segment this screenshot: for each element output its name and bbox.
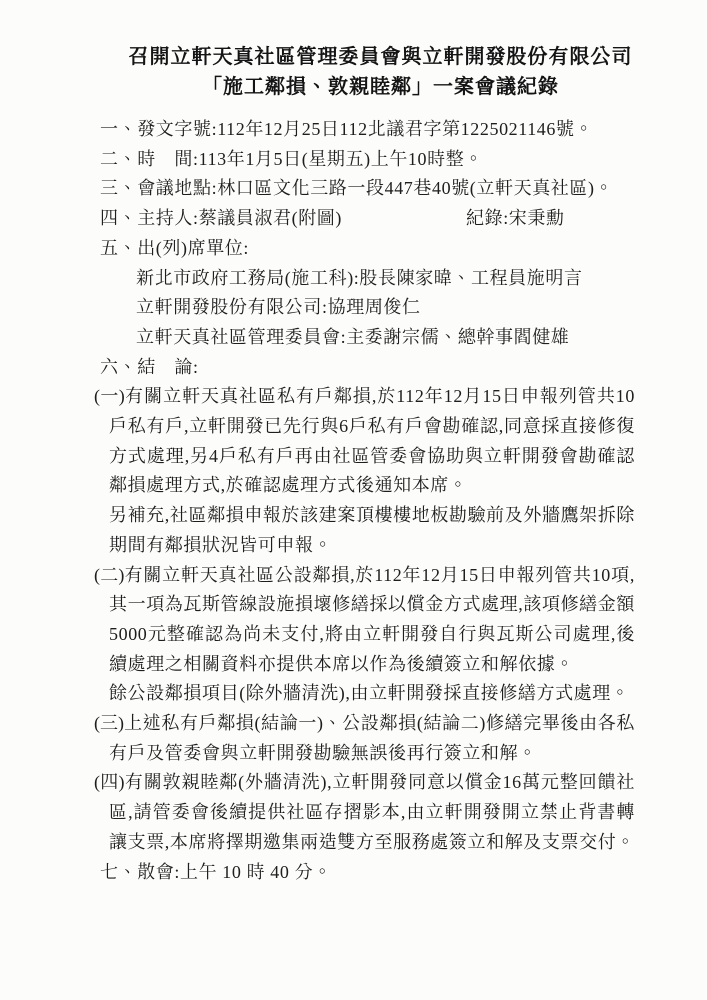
meta-line-host: 四、主持人:蔡議員淑君(附圖) 紀錄:宋秉勳 (100, 204, 635, 234)
conclusion-item-4: (四)有關敦親睦鄰(外牆清洗),立軒開發同意以償金16萬元整回饋社區,請管委會後… (94, 768, 635, 857)
conclusion-text-2: 有關立軒天真社區公設鄰損,於112年12月15日申報列管共10項,其一項為瓦斯管… (109, 565, 635, 674)
document-title-line-2: 「施工鄰損、敦親睦鄰」一案會議紀錄 (100, 72, 661, 102)
document-title-line-1: 召開立軒天真社區管理委員會與立軒開發股份有限公司 (100, 42, 661, 72)
scanned-meeting-minutes-page: 召開立軒天真社區管理委員會與立軒開發股份有限公司 「施工鄰損、敦親睦鄰」一案會議… (0, 0, 707, 1000)
conclusion-heading: 六、結 論: (100, 353, 635, 383)
attendee-line-public-works: 新北市政府工務局(施工科):股長陳家暐、工程員施明言 (100, 264, 635, 294)
conclusion-text-4: 有關敦親睦鄰(外牆清洗),立軒開發同意以償金16萬元整回饋社區,請管委會後續提供… (109, 772, 635, 851)
document-body: 一、發文字號:112年12月25日112北議君字第1225021146號。 二、… (100, 115, 635, 887)
conclusion-marker-4: (四) (94, 772, 125, 792)
conclusion-item-2: (二)有關立軒天真社區公設鄰損,於112年12月15日申報列管共10項,其一項為… (94, 561, 635, 680)
conclusion-marker-2: (二) (94, 565, 124, 585)
conclusion-marker-3: (三) (94, 713, 124, 733)
document-title: 召開立軒天真社區管理委員會與立軒開發股份有限公司 「施工鄰損、敦親睦鄰」一案會議… (100, 42, 661, 102)
recorder-text: 紀錄:宋秉勳 (466, 204, 565, 234)
meta-line-issue-number: 一、發文字號:112年12月25日112北議君字第1225021146號。 (100, 115, 635, 145)
meta-line-time: 二、時 間:113年1月5日(星期五)上午10時整。 (100, 145, 635, 175)
conclusion-list: (一)有關立軒天真社區私有戶鄰損,於112年12月15日申報列管共10戶私有戶,… (94, 382, 635, 857)
meta-line-location: 三、會議地點:林口區文化三路一段447巷40號(立軒天真社區)。 (100, 174, 635, 204)
conclusion-item-3: (三)上述私有戶鄰損(結論一)、公設鄰損(結論二)修繕完畢後由各私有戶及管委會與… (94, 709, 635, 768)
conclusion-item-1: (一)有關立軒天真社區私有戶鄰損,於112年12月15日申報列管共10戶私有戶,… (94, 382, 635, 501)
host-text: 四、主持人:蔡議員淑君(附圖) (100, 208, 342, 228)
conclusion-item-1-supplement: 另補充,社區鄰損申報於該建案頂樓樓地板勘驗前及外牆鷹架拆除期間有鄰損狀況皆可申報… (94, 501, 635, 560)
conclusion-text-3: 上述私有戶鄰損(結論一)、公設鄰損(結論二)修繕完畢後由各私有戶及管委會與立軒開… (109, 713, 635, 763)
attendee-line-community-committee: 立軒天真社區管理委員會:主委謝宗儒、總幹事閻健雄 (100, 323, 635, 353)
attendance-heading: 五、出(列)席單位: (100, 234, 635, 264)
conclusion-marker-1: (一) (94, 386, 125, 406)
closing-line: 七、散會:上午 10 時 40 分。 (100, 858, 635, 888)
conclusion-text-1: 有關立軒天真社區私有戶鄰損,於112年12月15日申報列管共10戶私有戶,立軒開… (109, 386, 635, 495)
attendee-line-developer: 立軒開發股份有限公司:協理周俊仁 (100, 293, 635, 323)
conclusion-item-2-supplement: 餘公設鄰損項目(除外牆清洗),由立軒開發採直接修繕方式處理。 (94, 679, 635, 709)
